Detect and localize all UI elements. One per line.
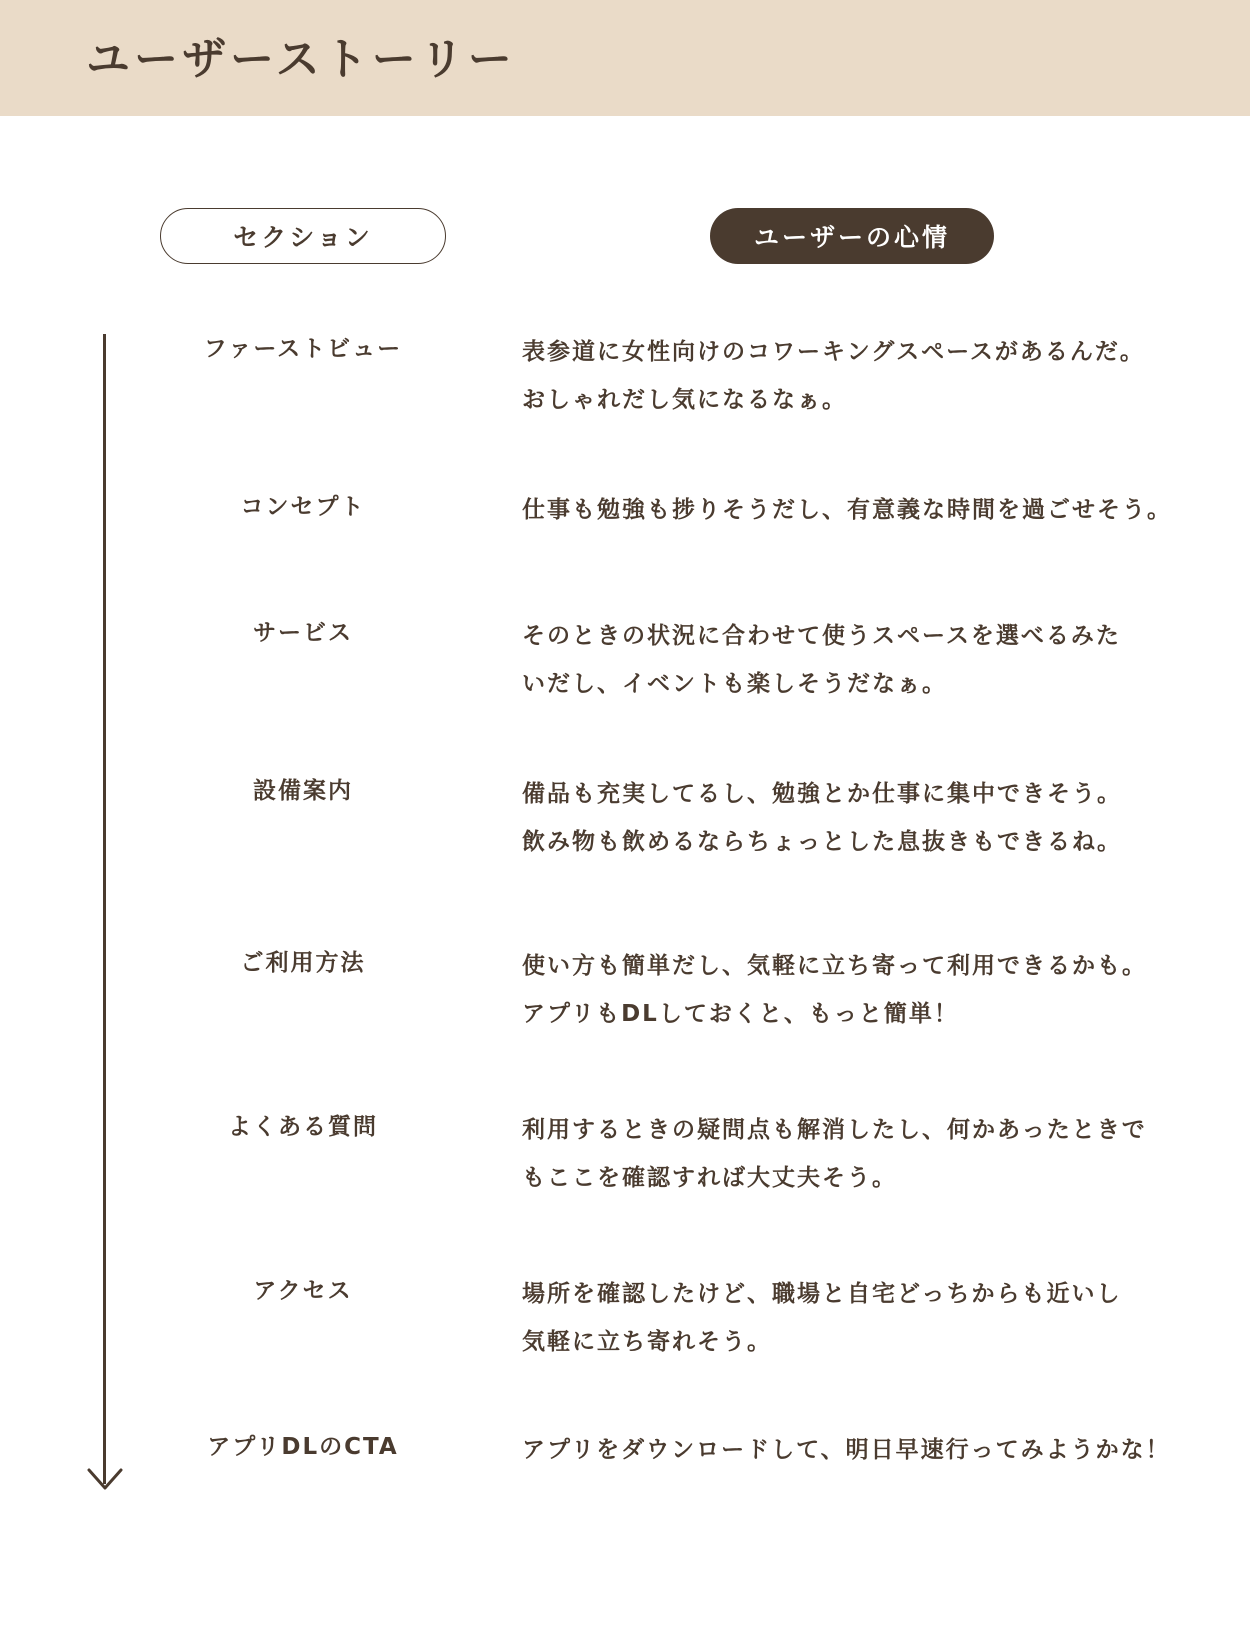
emotion-line: 飲み物も飲めるならちょっとした息抜きもできるね。 bbox=[522, 818, 1222, 866]
user-emotion-text: 備品も充実してるし、勉強とか仕事に集中できそう。 飲み物も飲めるならちょっとした… bbox=[522, 770, 1222, 866]
column-header-section: セクション bbox=[160, 208, 446, 264]
section-label: アクセス bbox=[160, 1268, 446, 1314]
section-label: 設備案内 bbox=[160, 768, 446, 814]
emotion-line: 利用するときの疑問点も解消したし、何かあったときで bbox=[522, 1106, 1222, 1154]
section-label: ファーストビュー bbox=[160, 326, 446, 372]
user-emotion-text: 仕事も勉強も捗りそうだし、有意義な時間を過ごせそう。 bbox=[522, 486, 1222, 534]
user-emotion-text: 場所を確認したけど、職場と自宅どっちからも近いし 気軽に立ち寄れそう。 bbox=[522, 1270, 1222, 1366]
timeline-line bbox=[103, 334, 106, 1484]
emotion-line: 表参道に女性向けのコワーキングスペースがあるんだ。 bbox=[522, 328, 1222, 376]
section-label: サービス bbox=[160, 610, 446, 656]
emotion-line: アプリもDLしておくと、もっと簡単！ bbox=[522, 990, 1222, 1038]
section-label: アプリDLのCTA bbox=[160, 1424, 446, 1470]
emotion-line: 仕事も勉強も捗りそうだし、有意義な時間を過ごせそう。 bbox=[522, 486, 1222, 534]
emotion-line: もここを確認すれば大丈夫そう。 bbox=[522, 1154, 1222, 1202]
emotion-line: 気軽に立ち寄れそう。 bbox=[522, 1318, 1222, 1366]
page-title: ユーザーストーリー bbox=[86, 30, 516, 90]
page-header: ユーザーストーリー bbox=[0, 0, 1250, 116]
emotion-line: そのときの状況に合わせて使うスペースを選べるみた bbox=[522, 612, 1222, 660]
arrow-down-icon bbox=[85, 1450, 125, 1492]
emotion-line: 場所を確認したけど、職場と自宅どっちからも近いし bbox=[522, 1270, 1222, 1318]
user-emotion-text: 表参道に女性向けのコワーキングスペースがあるんだ。 おしゃれだし気になるなぁ。 bbox=[522, 328, 1222, 424]
section-label: よくある質問 bbox=[160, 1104, 446, 1150]
section-label: コンセプト bbox=[160, 484, 446, 530]
user-emotion-text: 使い方も簡単だし、気軽に立ち寄って利用できるかも。 アプリもDLしておくと、もっ… bbox=[522, 942, 1222, 1038]
user-emotion-text: 利用するときの疑問点も解消したし、何かあったときで もここを確認すれば大丈夫そう… bbox=[522, 1106, 1222, 1202]
user-emotion-text: アプリをダウンロードして、明日早速行ってみようかな！ bbox=[522, 1426, 1222, 1474]
column-header-user-emotion: ユーザーの心情 bbox=[710, 208, 994, 264]
emotion-line: アプリをダウンロードして、明日早速行ってみようかな！ bbox=[522, 1426, 1222, 1474]
emotion-line: いだし、イベントも楽しそうだなぁ。 bbox=[522, 660, 1222, 708]
emotion-line: 備品も充実してるし、勉強とか仕事に集中できそう。 bbox=[522, 770, 1222, 818]
section-label: ご利用方法 bbox=[160, 940, 446, 986]
emotion-line: 使い方も簡単だし、気軽に立ち寄って利用できるかも。 bbox=[522, 942, 1222, 990]
emotion-line: おしゃれだし気になるなぁ。 bbox=[522, 376, 1222, 424]
user-emotion-text: そのときの状況に合わせて使うスペースを選べるみた いだし、イベントも楽しそうだな… bbox=[522, 612, 1222, 708]
